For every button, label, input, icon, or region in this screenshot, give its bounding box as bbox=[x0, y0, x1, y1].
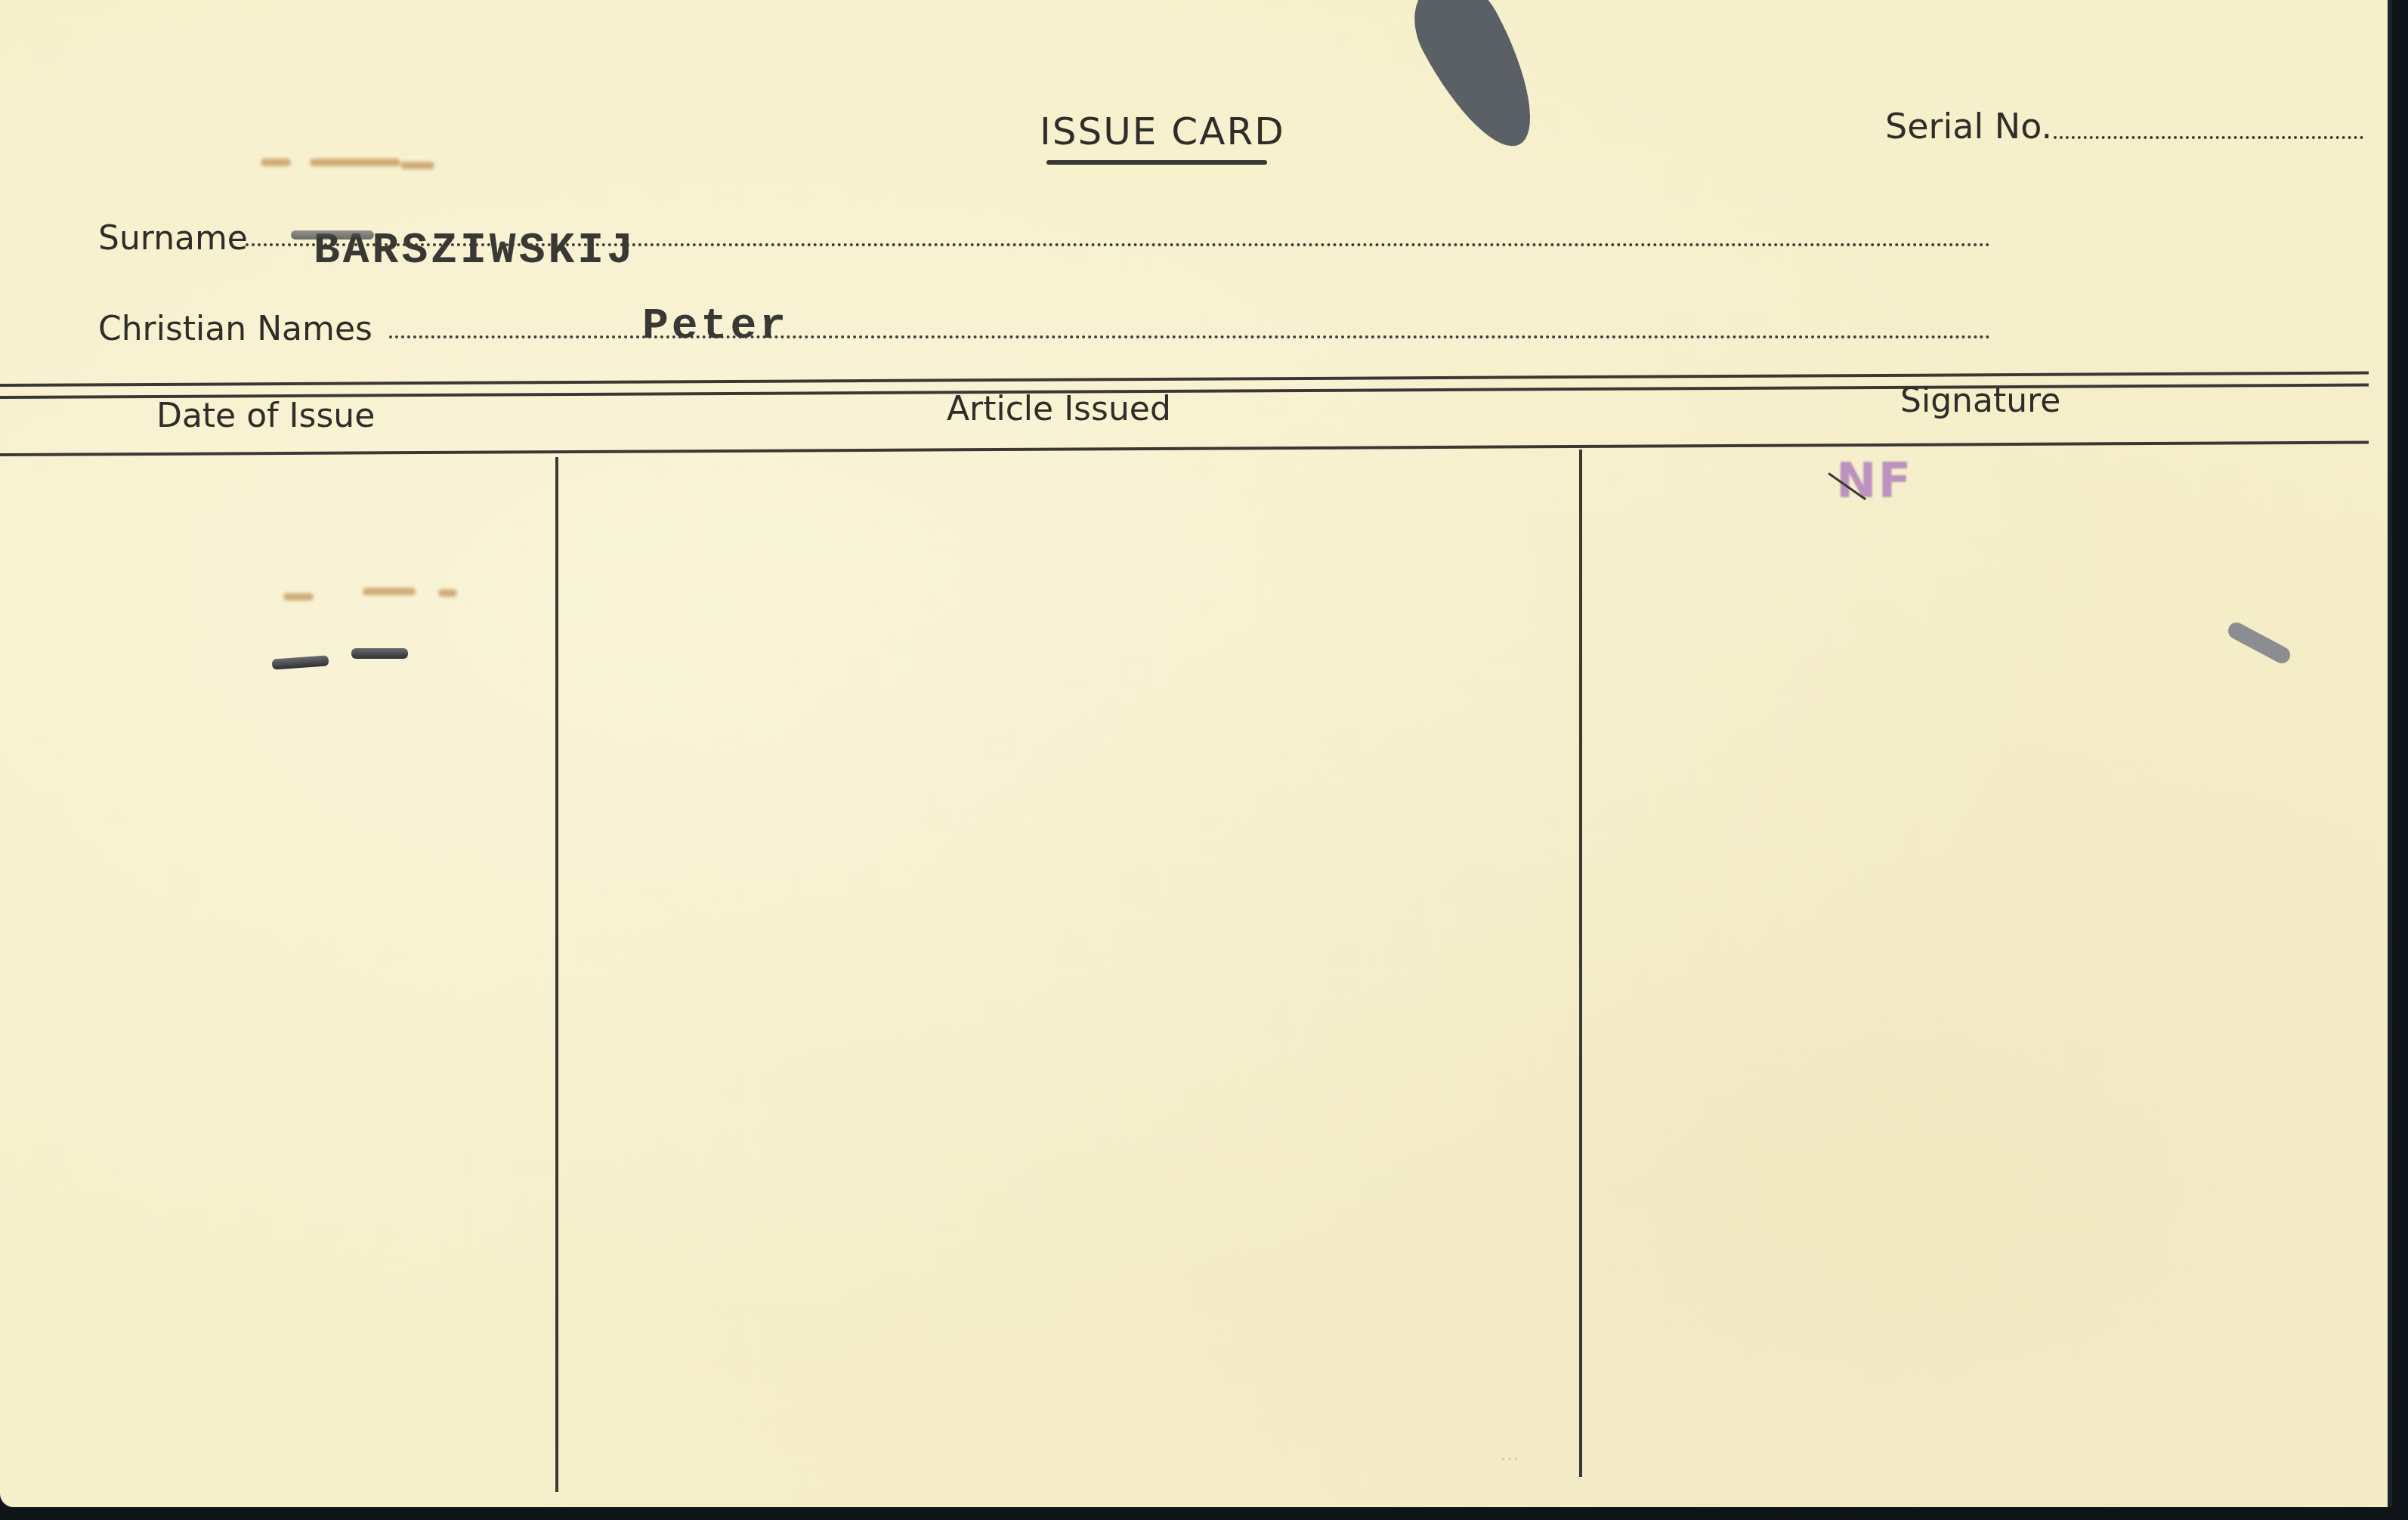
surname-label: Surname bbox=[98, 219, 248, 258]
staple-mark bbox=[291, 230, 374, 239]
faint-bottom-text: … bbox=[1500, 1443, 1519, 1466]
rust-mark bbox=[400, 162, 434, 169]
christian-names-value: Peter bbox=[642, 302, 789, 351]
issue-card: ISSUE CARD Serial No. Surname BARSZIWSKI… bbox=[0, 0, 2392, 1507]
column-header-article-issued: Article Issued bbox=[947, 390, 1171, 428]
serial-no-field[interactable] bbox=[2054, 136, 2363, 139]
card-title: ISSUE CARD bbox=[1040, 110, 1285, 153]
title-underline bbox=[1046, 160, 1267, 165]
header-bottom-rule bbox=[0, 441, 2369, 456]
ink-blot bbox=[1398, 0, 1556, 164]
table-body bbox=[0, 457, 2369, 1492]
christian-names-field[interactable] bbox=[389, 335, 1991, 338]
column-header-signature: Signature bbox=[1900, 382, 2060, 420]
rust-mark bbox=[310, 159, 400, 166]
christian-names-label: Christian Names bbox=[98, 310, 372, 348]
column-header-date-of-issue: Date of Issue bbox=[156, 397, 375, 435]
rust-mark bbox=[261, 159, 291, 166]
serial-no-label: Serial No. bbox=[1885, 106, 2052, 147]
